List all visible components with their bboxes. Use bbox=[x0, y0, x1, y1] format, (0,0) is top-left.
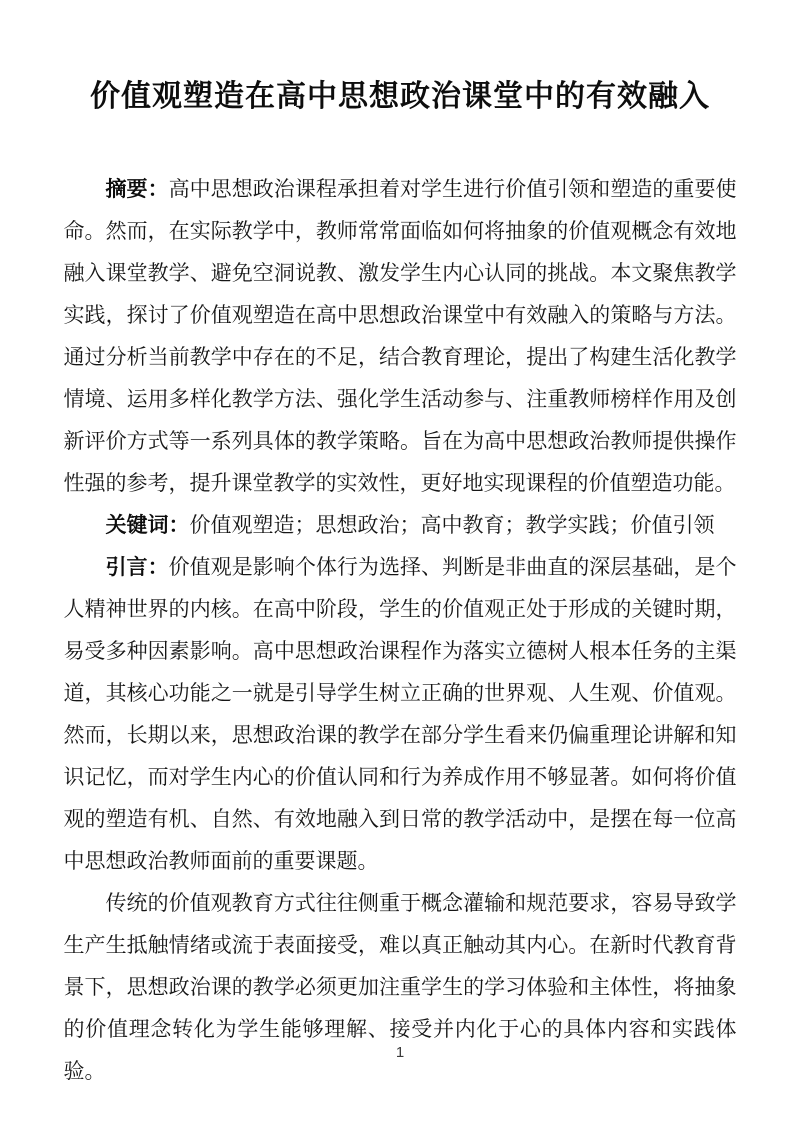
abstract-paragraph: 摘要：高中思想政治课程承担着对学生进行价值引领和塑造的重要使命。然而，在实际教学… bbox=[64, 169, 737, 505]
document-page: 价值观塑造在高中思想政治课堂中的有效融入 摘要：高中思想政治课程承担着对学生进行… bbox=[0, 0, 800, 1131]
introduction-text: 价值观是影响个体行为选择、判断是非曲直的深层基础，是个人精神世界的内核。在高中阶… bbox=[64, 556, 737, 873]
keywords-label: 关键词： bbox=[106, 514, 190, 537]
keywords-text: 价值观塑造；思想政治；高中教育；教学实践；价值引领 bbox=[190, 514, 715, 537]
document-title: 价值观塑造在高中思想政治课堂中的有效融入 bbox=[0, 0, 800, 116]
abstract-label: 摘要： bbox=[106, 178, 169, 201]
introduction-paragraph: 引言：价值观是影响个体行为选择、判断是非曲直的深层基础，是个人精神世界的内核。在… bbox=[64, 547, 737, 883]
introduction-label: 引言： bbox=[106, 556, 169, 579]
page-number: 1 bbox=[0, 1044, 800, 1062]
abstract-text: 高中思想政治课程承担着对学生进行价值引领和塑造的重要使命。然而，在实际教学中，教… bbox=[64, 178, 737, 495]
document-body: 摘要：高中思想政治课程承担着对学生进行价值引领和塑造的重要使命。然而，在实际教学… bbox=[64, 169, 737, 1093]
keywords-paragraph: 关键词：价值观塑造；思想政治；高中教育；教学实践；价值引领 bbox=[64, 505, 737, 547]
